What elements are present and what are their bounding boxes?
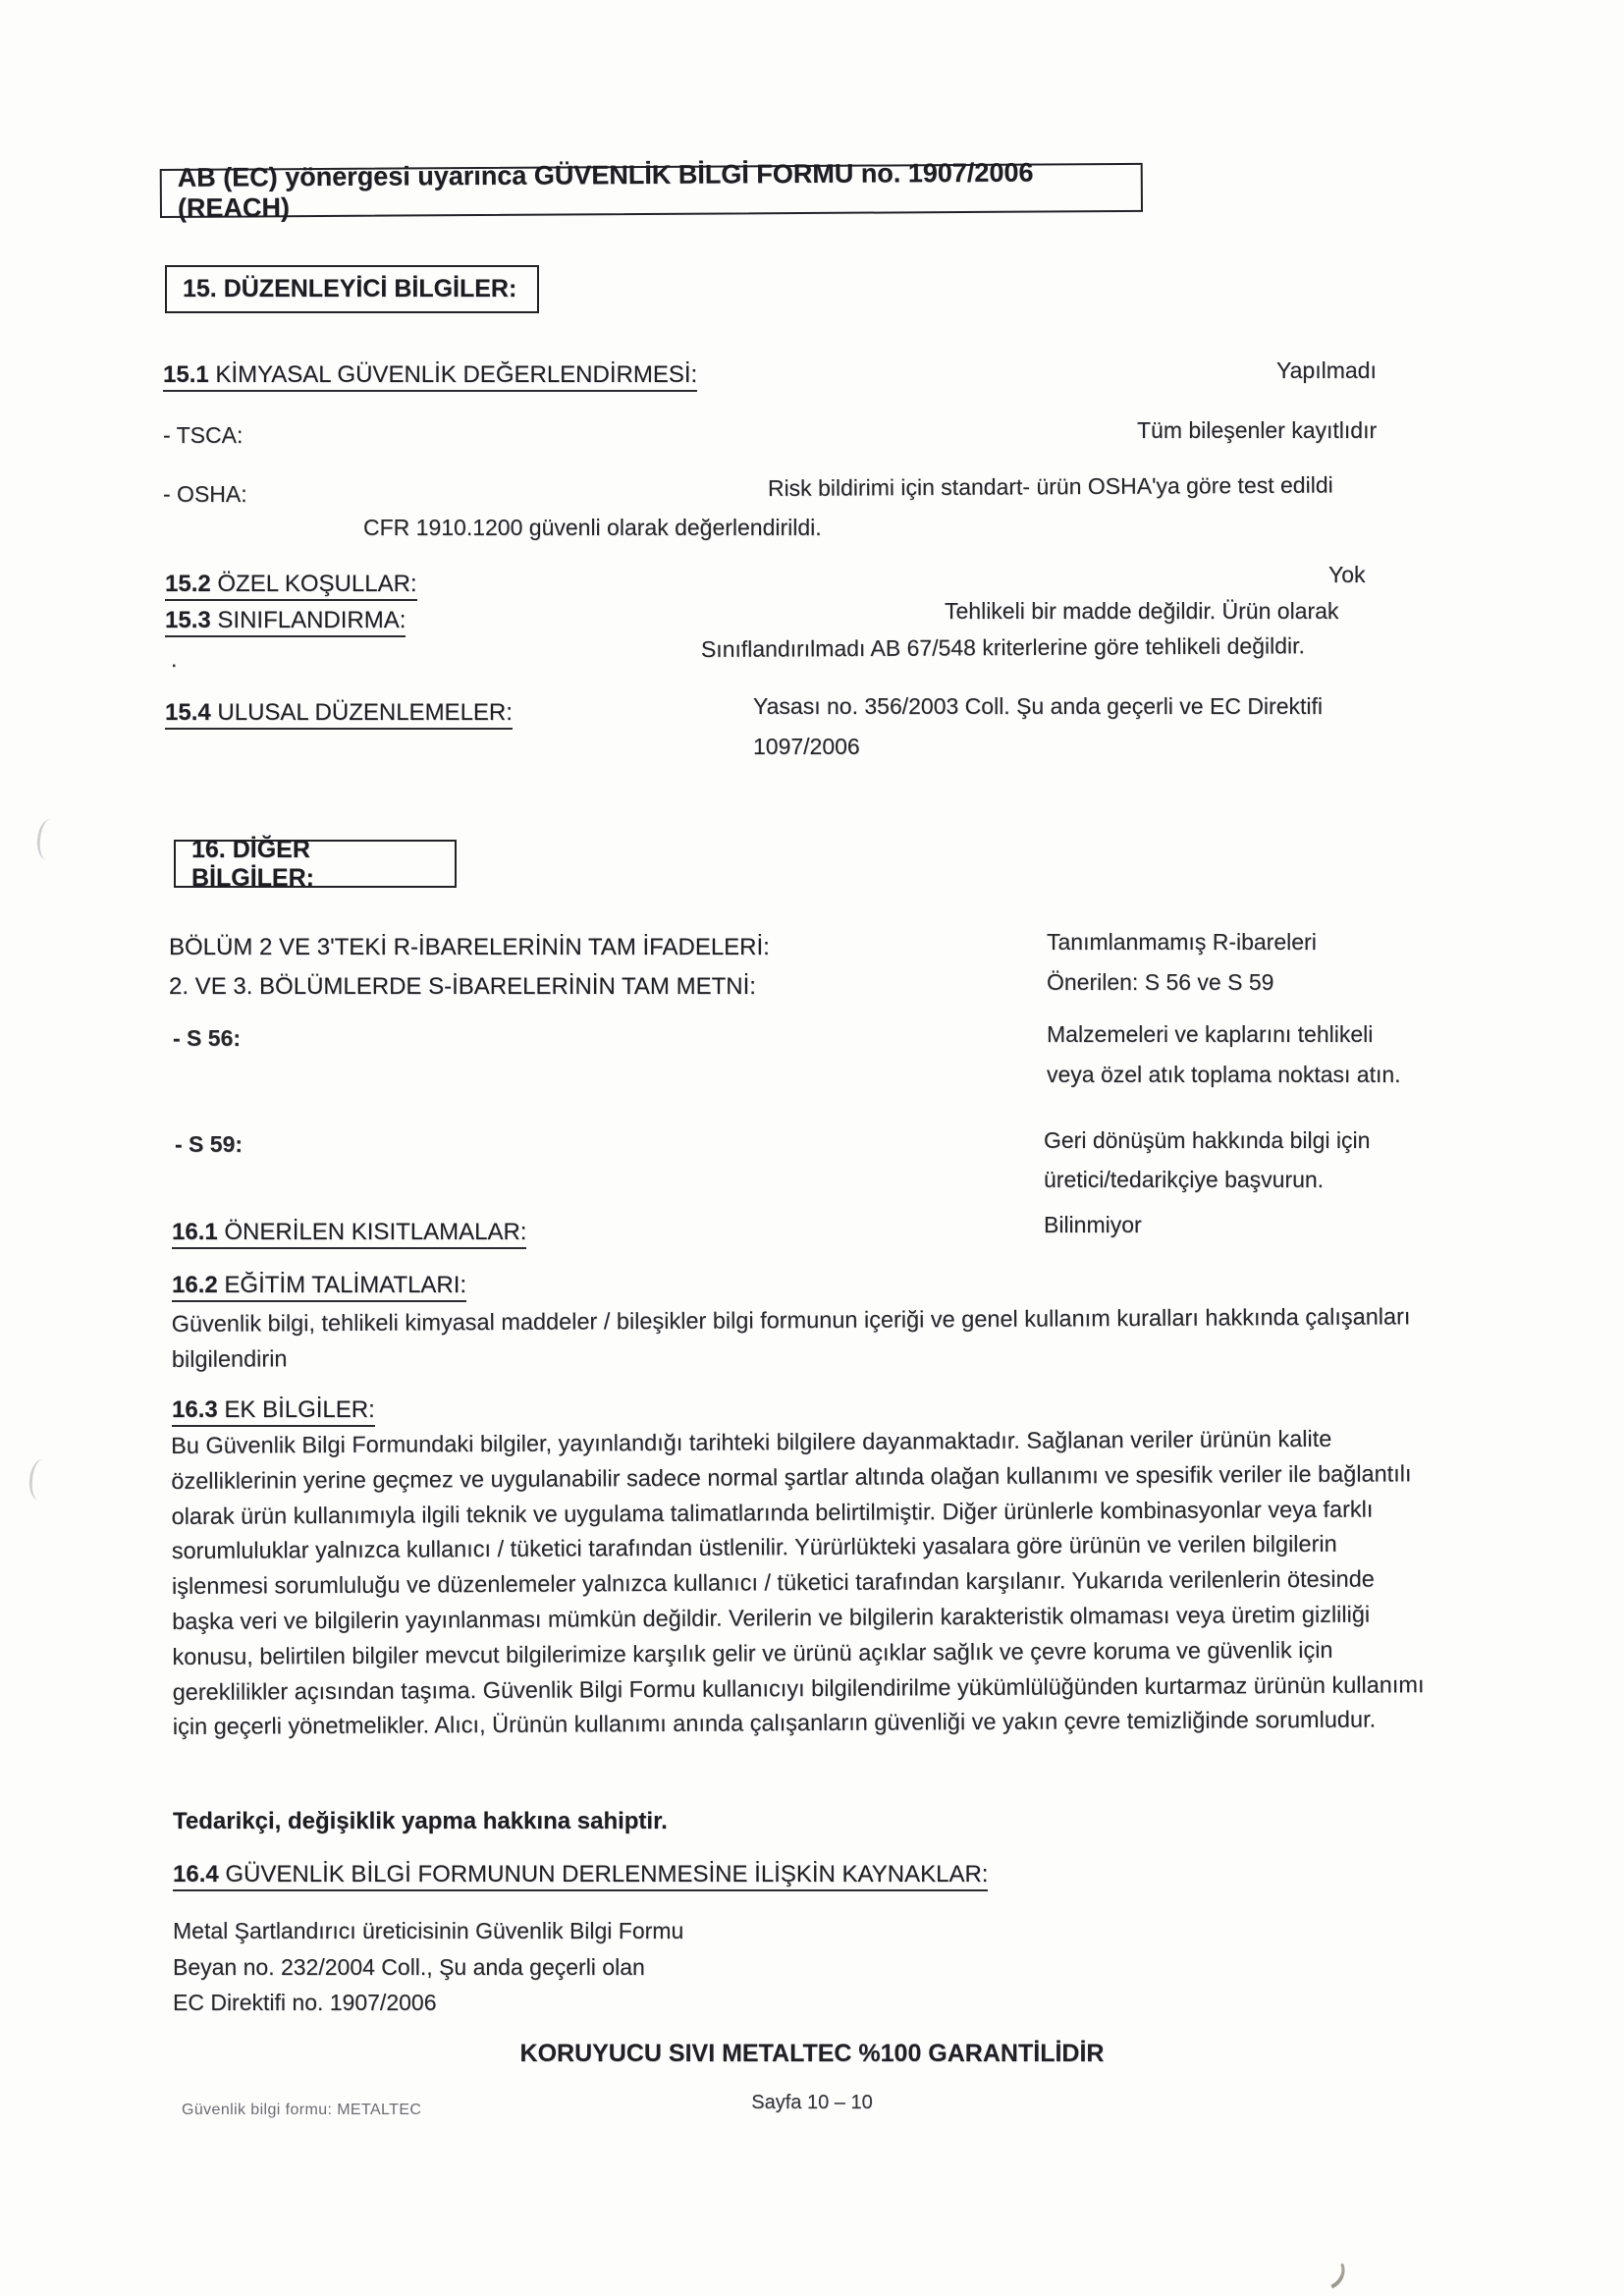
section-16-2-number: 16.2 xyxy=(172,1272,218,1298)
section-16-4-number: 16.4 xyxy=(173,1861,219,1887)
source-line-2: Beyan no. 232/2004 Coll., Şu anda geçerl… xyxy=(173,1954,645,1982)
s56-label: - S 56: xyxy=(173,1025,241,1053)
section-15-4-heading: 15.4 ULUSAL DÜZENLEMELER: xyxy=(165,699,513,728)
section-16-4-heading: 16.4 GÜVENLİK BİLGİ FORMUNUN DERLENMESİN… xyxy=(173,1861,988,1889)
s56-value-line1: Malzemeleri ve kaplarını tehlikeli xyxy=(1047,1021,1373,1049)
document-title: AB (EC) yönergesi uyarınca GÜVENLİK BİLG… xyxy=(178,157,1125,224)
scan-artifact-curve-2 xyxy=(27,1458,54,1502)
section-16-title: 16. DİĞER BİLGİLER: xyxy=(191,836,439,893)
section-15-3-label: SINIFLANDIRMA: xyxy=(217,607,406,633)
national-regulations-line2: 1097/2006 xyxy=(753,734,860,761)
section-15-2-label: ÖZEL KOŞULLAR: xyxy=(217,571,416,597)
s59-label: - S 59: xyxy=(175,1131,243,1159)
tsca-value: Tüm bileşenler kayıtlıdır xyxy=(1137,417,1377,445)
training-instructions-body: Güvenlik bilgi, tehlikeli kimyasal madde… xyxy=(172,1299,1414,1377)
section-16-3-heading: 16.3 EK BİLGİLER: xyxy=(172,1396,375,1425)
scan-artifact-curve-1 xyxy=(35,818,62,861)
section-16-3-label: EK BİLGİLER: xyxy=(224,1396,374,1423)
s-phrases-value: Önerilen: S 56 ve S 59 xyxy=(1047,969,1273,997)
section-16-4-label: GÜVENLİK BİLGİ FORMUNUN DERLENMESİNE İLİ… xyxy=(225,1861,988,1887)
section-15-4-label: ULUSAL DÜZENLEMELER: xyxy=(217,699,513,726)
classification-value-line1: Tehlikeli bir madde değildir. Ürün olara… xyxy=(945,598,1338,626)
source-line-3: EC Direktifi no. 1907/2006 xyxy=(173,1990,437,2017)
osha-value: Risk bildirimi için standart- ürün OSHA'… xyxy=(768,471,1333,502)
section-15-title-box: 15. DÜZENLEYİCİ BİLGİLER: xyxy=(165,265,539,313)
section-16-1-number: 16.1 xyxy=(172,1219,218,1245)
sds-document-page: AB (EC) yönergesi uyarınca GÜVENLİK BİLG… xyxy=(0,0,1624,2296)
section-16-3-number: 16.3 xyxy=(172,1396,218,1423)
section-15-3-number: 15.3 xyxy=(165,607,211,633)
section-15-4-number: 15.4 xyxy=(165,699,211,726)
section-16-2-heading: 16.2 EĞİTİM TALİMATLARI: xyxy=(172,1272,466,1300)
national-regulations-line1: Yasası no. 356/2003 Coll. Şu anda geçerl… xyxy=(753,693,1323,721)
recommended-restrictions-value: Bilinmiyor xyxy=(1044,1212,1142,1239)
osha-label: - OSHA: xyxy=(163,481,247,509)
classification-value-line2: Sınıflandırılmadı AB 67/548 kriterlerine… xyxy=(701,632,1305,663)
additional-information-body: Bu Güvenlik Bilgi Formundaki bilgiler, y… xyxy=(171,1421,1436,1745)
section-15-2-heading: 15.2 ÖZEL KOŞULLAR: xyxy=(165,571,417,599)
source-line-1: Metal Şartlandırıcı üreticisinin Güvenli… xyxy=(173,1918,683,1945)
stray-period-mark: . xyxy=(171,646,177,674)
document-title-box: AB (EC) yönergesi uyarınca GÜVENLİK BİLG… xyxy=(160,163,1143,218)
section-15-title: 15. DÜZENLEYİCİ BİLGİLER: xyxy=(183,275,516,303)
s56-value-line2: veya özel atık toplama noktası atın. xyxy=(1047,1062,1401,1089)
section-15-1-number: 15.1 xyxy=(163,361,209,388)
section-16-1-label: ÖNERİLEN KISITLAMALAR: xyxy=(224,1219,526,1245)
footer-page-number: Sayfa 10 – 10 xyxy=(0,2092,1624,2114)
r-phrases-label: BÖLÜM 2 VE 3'TEKİ R-İBARELERİNİN TAM İFA… xyxy=(169,934,770,962)
tsca-label: - TSCA: xyxy=(163,422,243,450)
s59-value-line2: üretici/tedarikçiye başvurun. xyxy=(1044,1167,1324,1194)
s-phrases-label: 2. VE 3. BÖLÜMLERDE S-İBARELERİNİN TAM M… xyxy=(169,973,756,1002)
r-phrases-value: Tanımlanmamış R-ibareleri xyxy=(1047,929,1317,957)
section-16-title-box: 16. DİĞER BİLGİLER: xyxy=(174,840,457,888)
osha-value-line2: CFR 1910.1200 güvenli olarak değerlendir… xyxy=(363,515,822,542)
special-conditions-value: Yok xyxy=(1328,562,1366,589)
section-15-2-number: 15.2 xyxy=(165,571,211,597)
section-15-1-heading: 15.1 KİMYASAL GÜVENLİK DEĞERLENDİRMESİ: xyxy=(163,361,697,390)
section-16-1-heading: 16.1 ÖNERİLEN KISITLAMALAR: xyxy=(172,1219,526,1247)
section-15-3-heading: 15.3 SINIFLANDIRMA: xyxy=(165,607,406,635)
s59-value-line1: Geri dönüşüm hakkında bilgi için xyxy=(1044,1127,1370,1155)
supplier-rights-note: Tedarikçi, değişiklik yapma hakkına sahi… xyxy=(173,1808,668,1836)
section-15-1-label: KİMYASAL GÜVENLİK DEĞERLENDİRMESİ: xyxy=(215,361,697,388)
scan-artifact-mark xyxy=(1325,2263,1351,2288)
section-16-2-label: EĞİTİM TALİMATLARI: xyxy=(224,1272,466,1298)
guarantee-statement: KORUYUCU SIVI METALTEC %100 GARANTİLİDİR xyxy=(0,2040,1624,2068)
chemical-assessment-value: Yapılmadı xyxy=(1276,357,1377,385)
